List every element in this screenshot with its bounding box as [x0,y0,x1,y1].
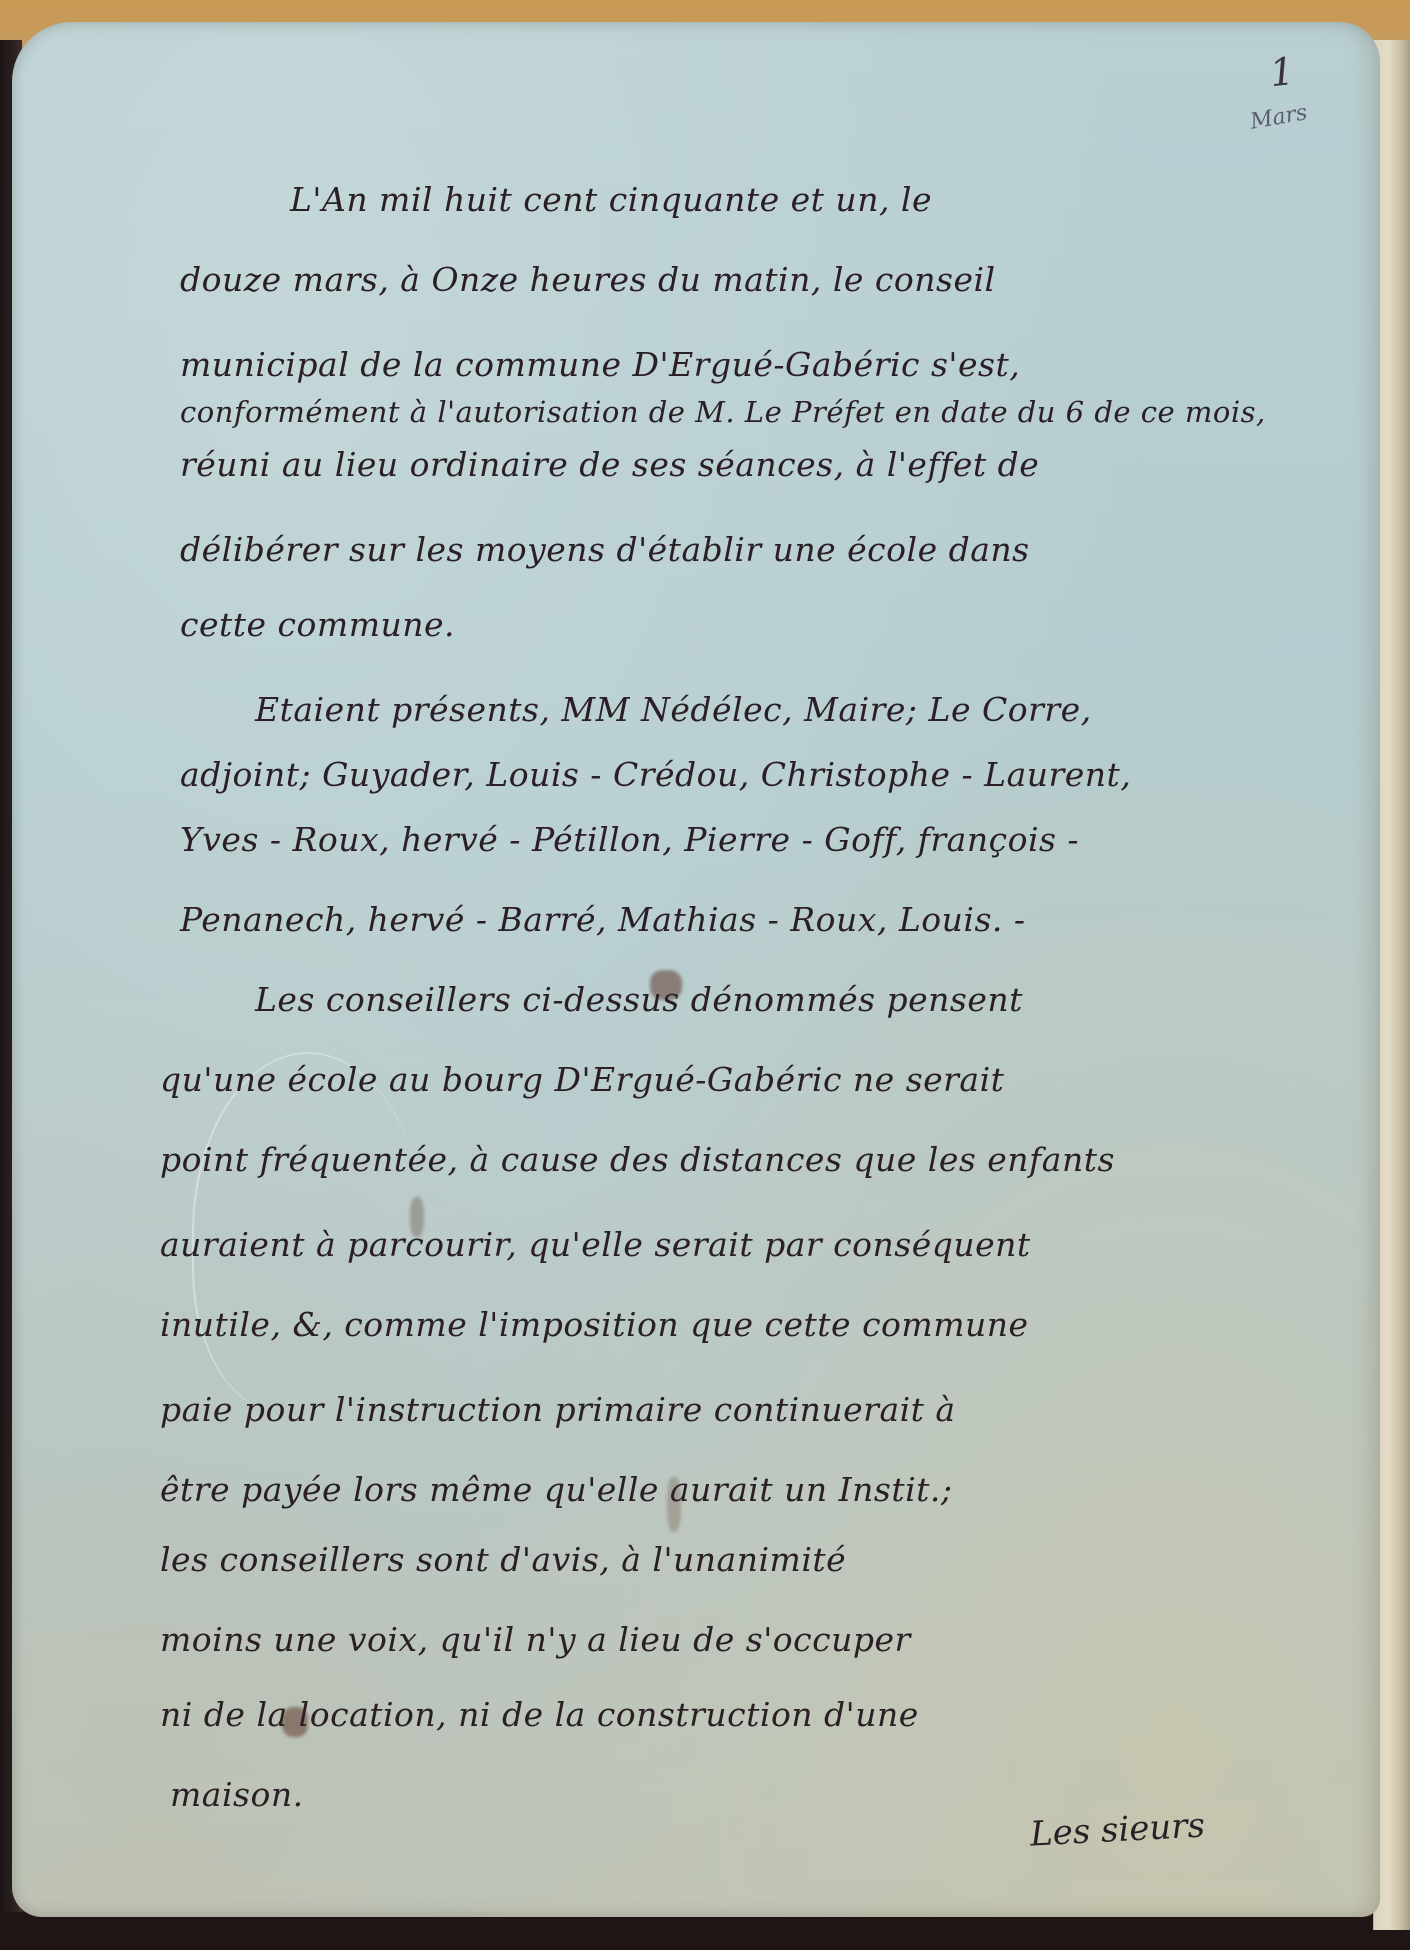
manuscript-line: adjoint; Guyader, Louis - Crédou, Christ… [180,755,1131,794]
manuscript-line: délibérer sur les moyens d'établir une é… [180,530,1030,569]
manuscript-line: maison. [170,1775,304,1814]
manuscript-line: Etaient présents, MM Nédélec, Maire; Le … [255,690,1092,729]
folio-number: 1 [1268,49,1297,95]
manuscript-line: ni de la location, ni de la construction… [160,1695,919,1734]
manuscript-line: L'An mil huit cent cinquante et un, le [290,180,932,219]
manuscript-line: les conseillers sont d'avis, à l'unanimi… [160,1540,846,1579]
manuscript-line: moins une voix, qu'il n'y a lieu de s'oc… [160,1620,911,1659]
manuscript-line: point fréquentée, à cause des distances … [160,1140,1115,1179]
manuscript-line: Yves - Roux, hervé - Pétillon, Pierre - … [180,820,1079,859]
manuscript-line: qu'une école au bourg D'Ergué-Gabéric ne… [160,1060,1004,1099]
manuscript-line: municipal de la commune D'Ergué-Gabéric … [180,345,1020,384]
manuscript-line: être payée lors même qu'elle aurait un I… [160,1470,953,1509]
manuscript-line: Les conseillers ci-dessus dénommés pense… [255,980,1023,1019]
manuscript-line: paie pour l'instruction primaire continu… [160,1390,956,1429]
manuscript-line: inutile, &, comme l'imposition que cette… [160,1305,1029,1344]
manuscript-line: Penanech, hervé - Barré, Mathias - Roux,… [180,900,1026,939]
manuscript-line: réuni au lieu ordinaire de ses séances, … [180,445,1039,484]
manuscript-line: conformément à l'autorisation de M. Le P… [180,395,1266,429]
manuscript-line: cette commune. [180,605,455,644]
manuscript-line: auraient à parcourir, qu'elle serait par… [160,1225,1031,1264]
book-cover-bottom [0,1912,1410,1950]
manuscript-line: douze mars, à Onze heures du matin, le c… [180,260,996,299]
